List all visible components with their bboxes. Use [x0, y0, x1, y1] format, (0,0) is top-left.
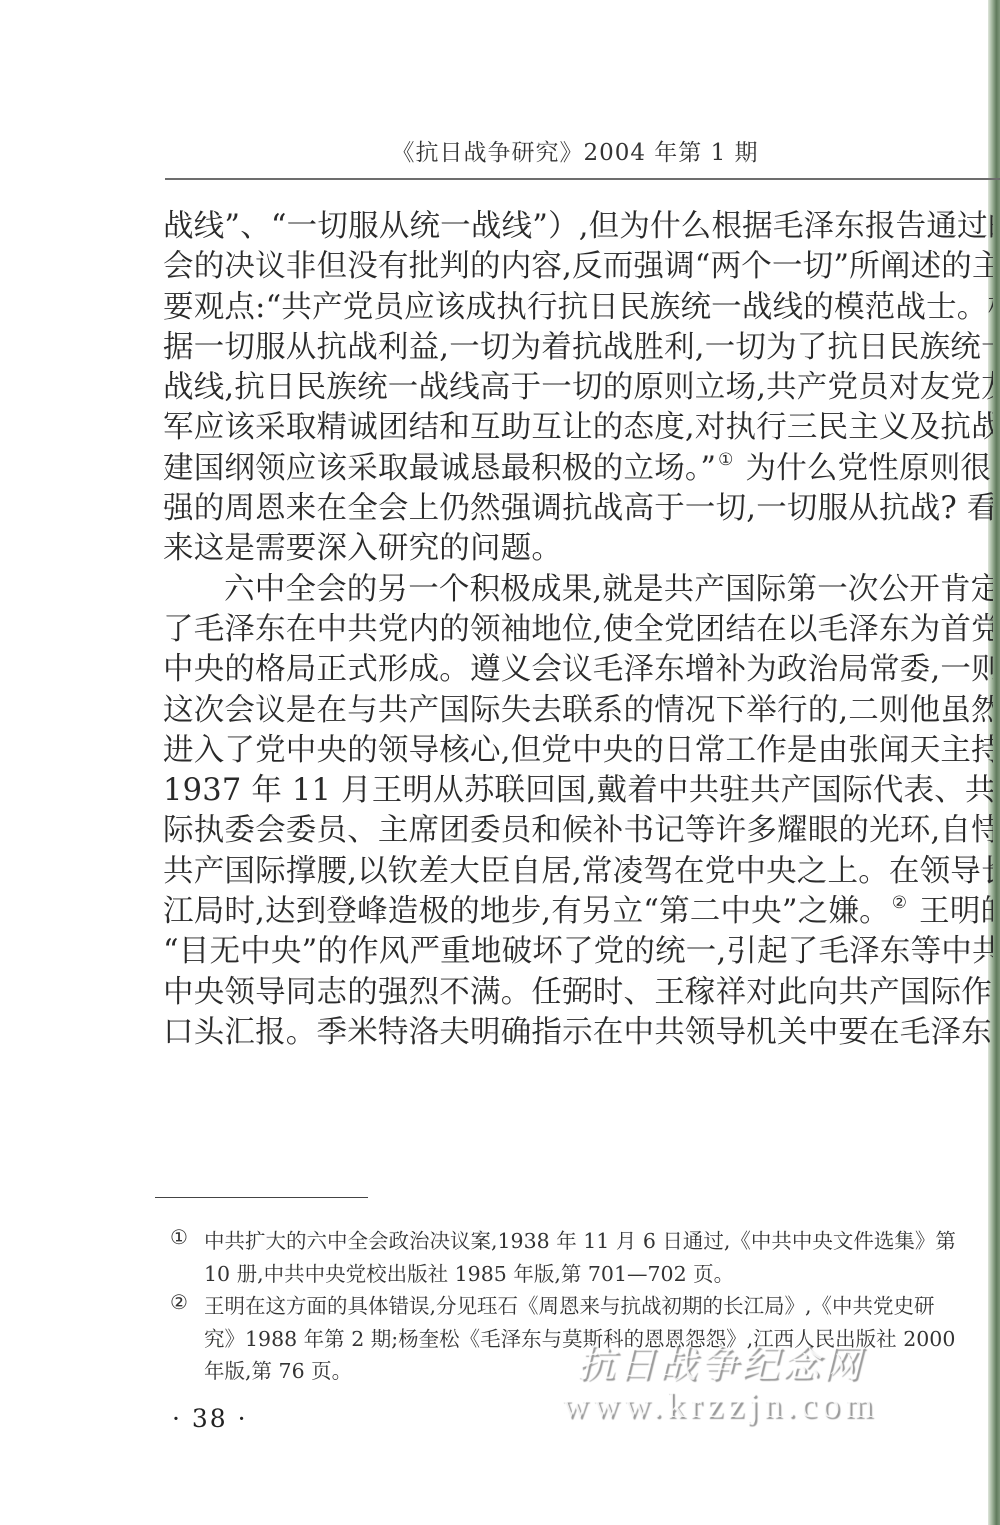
watermark: 抗日战争纪念网 www.krzzjn.com — [560, 1343, 880, 1425]
footnote-ref-1[interactable]: ① — [718, 450, 733, 470]
text-line: 了毛泽东在中共党内的领袖地位,使全党团结在以毛泽东为首党 — [163, 610, 993, 650]
text-line: 进入了党中央的领导核心,但党中央的日常工作是由张闻天主持。 — [163, 731, 993, 771]
text-line: 建国纲领应该采取最诚恳最积极的立场。”① 为什么党性原则很 — [163, 449, 993, 489]
text-line: 江局时,达到登峰造极的地步,有另立“第二中央”之嫌。② 王明的 — [163, 892, 993, 932]
text-line: 来这是需要深入研究的问题。 — [163, 529, 993, 569]
text-line: 会的决议非但没有批判的内容,反而强调“两个一切”所阐述的主 — [163, 247, 993, 287]
text-segment: 建国纲领应该采取最诚恳最积极的立场。” — [163, 451, 716, 486]
text-line: 战线,抗日民族统一战线高于一切的原则立场,共产党员对友党友 — [163, 368, 993, 408]
paragraph-start-line: 六中全会的另一个积极成果,就是共产国际第一次公开肯定 — [163, 570, 993, 610]
watermark-url: www.krzzjn.com — [560, 1385, 880, 1425]
footnote-mark: ② — [170, 1290, 188, 1314]
header-divider — [165, 178, 1000, 180]
text-line: 强的周恩来在全会上仍然强调抗战高于一切,一切服从抗战? 看 — [163, 489, 993, 529]
text-line: 这次会议是在与共产国际失去联系的情况下举行的,二则他虽然 — [163, 691, 993, 731]
text-segment: 为什么党性原则很 — [736, 451, 992, 486]
footnote-1: ① 中共扩大的六中全会政治决议案,1938 年 11 月 6 日通过,《中共中央… — [170, 1225, 995, 1290]
footnote-mark: ① — [170, 1225, 188, 1249]
footnote-line: 王明在这方面的具体错误,分见珏石《周恩来与抗战初期的长江局》,《中共党史研 — [204, 1290, 995, 1323]
watermark-title: 抗日战争纪念网 — [560, 1343, 880, 1385]
text-line: 口头汇报。季米特洛夫明确指示在中共领导机关中要在毛泽东为 — [163, 1013, 993, 1053]
text-line: 要观点:“共产党员应该成执行抗日民族统一战线的模范战士。根 — [163, 288, 993, 328]
text-line: 共产国际撑腰,以钦差大臣自居,常凌驾在党中央之上。在领导长 — [163, 852, 993, 892]
text-line: 据一切服从抗战利益,一切为着抗战胜利,一切为了抗日民族统一 — [163, 328, 993, 368]
body-text: 战线”、“一切服从统一战线”）,但为什么根据毛泽东报告通过的全 会的决议非但没有… — [163, 207, 993, 1053]
text-segment: 王明的 — [909, 894, 993, 929]
footnote-ref-2[interactable]: ② — [892, 893, 907, 913]
text-line: 1937 年 11 月王明从苏联回国,戴着中共驻共产国际代表、共产国 — [163, 771, 993, 811]
running-header: 《抗日战争研究》2004 年第 1 期 — [0, 134, 1000, 167]
footnote-line: 中共扩大的六中全会政治决议案,1938 年 11 月 6 日通过,《中共中央文件… — [204, 1225, 995, 1258]
text-line: 际执委会委员、主席团委员和候补书记等许多耀眼的光环,自恃有 — [163, 811, 993, 851]
text-line: “目无中央”的作风严重地破坏了党的统一,引起了毛泽东等中共 — [163, 932, 993, 972]
text-segment: 江局时,达到登峰造极的地步,有另立“第二中央”之嫌。 — [163, 894, 890, 929]
footnote-line: 10 册,中共中央党校出版社 1985 年版,第 701—702 页。 — [204, 1258, 995, 1291]
page-number: · 38 · — [172, 1404, 248, 1433]
footnote-divider — [155, 1197, 368, 1198]
text-line: 中央领导同志的强烈不满。任弼时、王稼祥对此向共产国际作了 — [163, 973, 993, 1013]
text-line: 战线”、“一切服从统一战线”）,但为什么根据毛泽东报告通过的全 — [163, 207, 993, 247]
text-line: 中央的格局正式形成。遵义会议毛泽东增补为政治局常委,一则 — [163, 650, 993, 690]
text-line: 军应该采取精诚团结和互助互让的态度,对执行三民主义及抗战 — [163, 408, 993, 448]
